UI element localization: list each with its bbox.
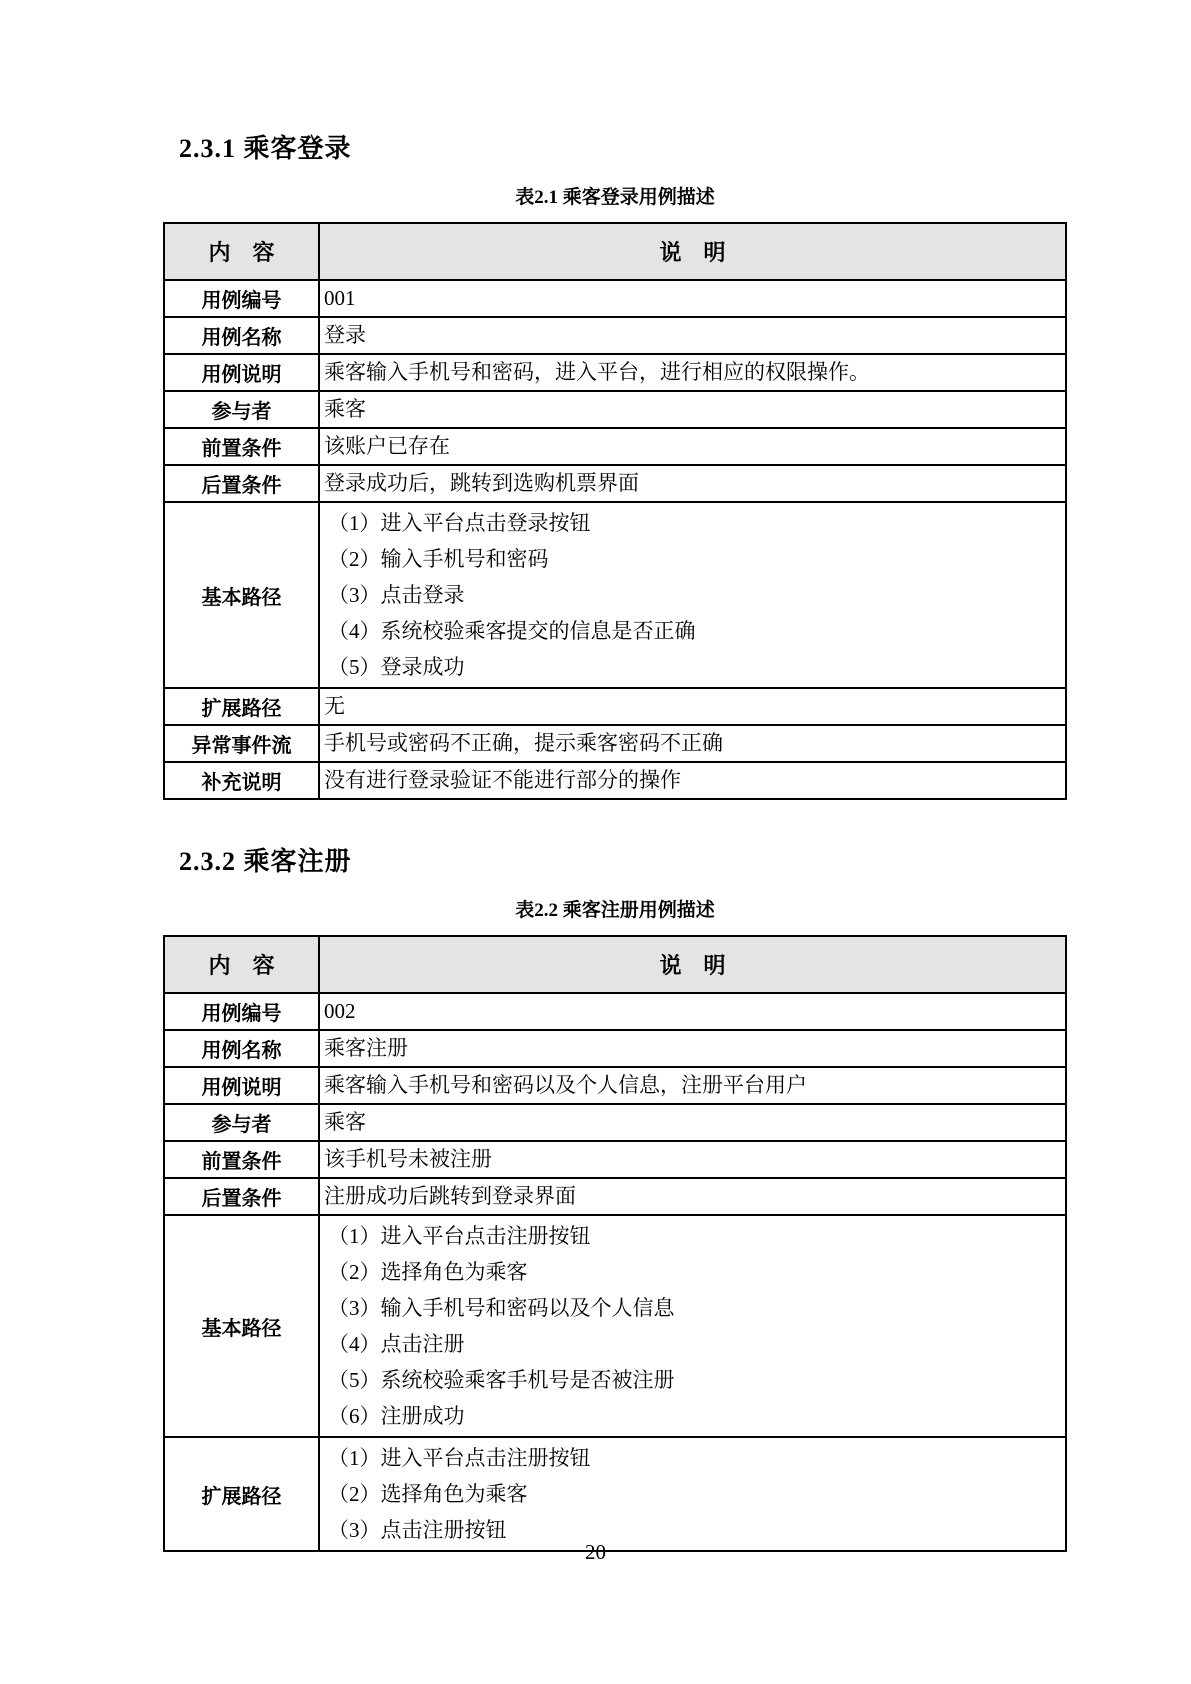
- row-value: （1）进入平台点击登录按钮（2）输入手机号和密码（3）点击登录（4）系统校验乘客…: [319, 502, 1066, 688]
- path-step: （5）登录成功: [320, 649, 1065, 685]
- row-value: 登录: [319, 317, 1066, 354]
- row-label: 扩展路径: [164, 1437, 319, 1551]
- table-row: 基本路径（1）进入平台点击注册按钮（2）选择角色为乘客（3）输入手机号和密码以及…: [164, 1215, 1066, 1437]
- row-value: 该账户已存在: [319, 428, 1066, 465]
- path-step: （6）注册成功: [320, 1398, 1065, 1434]
- row-label: 前置条件: [164, 428, 319, 465]
- row-value: （1）进入平台点击注册按钮（2）选择角色为乘客（3）点击注册按钮: [319, 1437, 1066, 1551]
- table-row: 用例编号002: [164, 993, 1066, 1030]
- row-label: 补充说明: [164, 762, 319, 799]
- path-step: （3）输入手机号和密码以及个人信息: [320, 1290, 1065, 1326]
- row-label: 参与者: [164, 391, 319, 428]
- path-step: （4）点击注册: [320, 1326, 1065, 1362]
- row-value: 乘客: [319, 391, 1066, 428]
- row-label: 用例说明: [164, 354, 319, 391]
- header-cell-description: 说 明: [319, 223, 1066, 280]
- row-label: 用例编号: [164, 993, 319, 1030]
- row-label: 后置条件: [164, 465, 319, 502]
- path-step: （2）输入手机号和密码: [320, 541, 1065, 577]
- section-passenger-login: 2.3.1 乘客登录 表2.1 乘客登录用例描述 内 容 说 明 用例编号001…: [163, 133, 1067, 800]
- row-label: 异常事件流: [164, 725, 319, 762]
- row-value: 乘客: [319, 1104, 1066, 1141]
- row-value: （1）进入平台点击注册按钮（2）选择角色为乘客（3）输入手机号和密码以及个人信息…: [319, 1215, 1066, 1437]
- row-label: 参与者: [164, 1104, 319, 1141]
- path-step: （1）进入平台点击注册按钮: [320, 1440, 1065, 1476]
- page-content: 2.3.1 乘客登录 表2.1 乘客登录用例描述 内 容 说 明 用例编号001…: [163, 0, 1067, 1552]
- table-row: 异常事件流手机号或密码不正确，提示乘客密码不正确: [164, 725, 1066, 762]
- section-heading: 2.3.2 乘客注册: [179, 846, 1067, 878]
- header-cell-content: 内 容: [164, 223, 319, 280]
- row-value: 乘客注册: [319, 1030, 1066, 1067]
- table-row: 参与者乘客: [164, 1104, 1066, 1141]
- row-value: 无: [319, 688, 1066, 725]
- use-case-table-register: 内 容 说 明 用例编号002用例名称乘客注册用例说明乘客输入手机号和密码以及个…: [163, 935, 1067, 1552]
- row-label: 前置条件: [164, 1141, 319, 1178]
- row-value: 注册成功后跳转到登录界面: [319, 1178, 1066, 1215]
- table-row: 用例名称乘客注册: [164, 1030, 1066, 1067]
- row-label: 扩展路径: [164, 688, 319, 725]
- row-label: 基本路径: [164, 502, 319, 688]
- row-label: 用例编号: [164, 280, 319, 317]
- row-value: 乘客输入手机号和密码，进入平台，进行相应的权限操作。: [319, 354, 1066, 391]
- path-step: （2）选择角色为乘客: [320, 1476, 1065, 1512]
- row-value: 该手机号未被注册: [319, 1141, 1066, 1178]
- path-step: （2）选择角色为乘客: [320, 1254, 1065, 1290]
- path-step: （3）点击登录: [320, 577, 1065, 613]
- table-row: 扩展路径无: [164, 688, 1066, 725]
- row-value: 002: [319, 993, 1066, 1030]
- table-caption: 表2.1 乘客登录用例描述: [163, 185, 1067, 210]
- row-label: 基本路径: [164, 1215, 319, 1437]
- table-row: 基本路径（1）进入平台点击登录按钮（2）输入手机号和密码（3）点击登录（4）系统…: [164, 502, 1066, 688]
- header-row: 内 容 说 明: [164, 223, 1066, 280]
- table-body: 内 容 说 明 用例编号001用例名称登录用例说明乘客输入手机号和密码，进入平台…: [164, 223, 1066, 799]
- row-value: 登录成功后，跳转到选购机票界面: [319, 465, 1066, 502]
- document-page: 2.3.1 乘客登录 表2.1 乘客登录用例描述 内 容 说 明 用例编号001…: [0, 0, 1191, 1684]
- page-number: 20: [0, 1540, 1191, 1565]
- row-label: 用例名称: [164, 317, 319, 354]
- table-row: 用例编号001: [164, 280, 1066, 317]
- table-caption: 表2.2 乘客注册用例描述: [163, 898, 1067, 923]
- row-label: 后置条件: [164, 1178, 319, 1215]
- table-row: 后置条件登录成功后，跳转到选购机票界面: [164, 465, 1066, 502]
- path-step: （4）系统校验乘客提交的信息是否正确: [320, 613, 1065, 649]
- header-cell-content: 内 容: [164, 936, 319, 993]
- row-value: 乘客输入手机号和密码以及个人信息，注册平台用户: [319, 1067, 1066, 1104]
- section-passenger-register: 2.3.2 乘客注册 表2.2 乘客注册用例描述 内 容 说 明 用例编号002…: [163, 846, 1067, 1552]
- header-cell-description: 说 明: [319, 936, 1066, 993]
- table-row: 用例名称登录: [164, 317, 1066, 354]
- table-row: 用例说明乘客输入手机号和密码，进入平台，进行相应的权限操作。: [164, 354, 1066, 391]
- path-step: （1）进入平台点击注册按钮: [320, 1218, 1065, 1254]
- table-row: 前置条件该账户已存在: [164, 428, 1066, 465]
- table-row: 补充说明没有进行登录验证不能进行部分的操作: [164, 762, 1066, 799]
- table-row: 用例说明乘客输入手机号和密码以及个人信息，注册平台用户: [164, 1067, 1066, 1104]
- path-step: （1）进入平台点击登录按钮: [320, 505, 1065, 541]
- row-label: 用例说明: [164, 1067, 319, 1104]
- row-value: 没有进行登录验证不能进行部分的操作: [319, 762, 1066, 799]
- use-case-table-login: 内 容 说 明 用例编号001用例名称登录用例说明乘客输入手机号和密码，进入平台…: [163, 222, 1067, 800]
- row-label: 用例名称: [164, 1030, 319, 1067]
- header-row: 内 容 说 明: [164, 936, 1066, 993]
- row-value: 手机号或密码不正确，提示乘客密码不正确: [319, 725, 1066, 762]
- table-row: 前置条件该手机号未被注册: [164, 1141, 1066, 1178]
- row-value: 001: [319, 280, 1066, 317]
- section-heading: 2.3.1 乘客登录: [179, 133, 1067, 165]
- table-body: 内 容 说 明 用例编号002用例名称乘客注册用例说明乘客输入手机号和密码以及个…: [164, 936, 1066, 1551]
- table-row: 后置条件注册成功后跳转到登录界面: [164, 1178, 1066, 1215]
- path-step: （5）系统校验乘客手机号是否被注册: [320, 1362, 1065, 1398]
- table-row: 扩展路径（1）进入平台点击注册按钮（2）选择角色为乘客（3）点击注册按钮: [164, 1437, 1066, 1551]
- table-row: 参与者乘客: [164, 391, 1066, 428]
